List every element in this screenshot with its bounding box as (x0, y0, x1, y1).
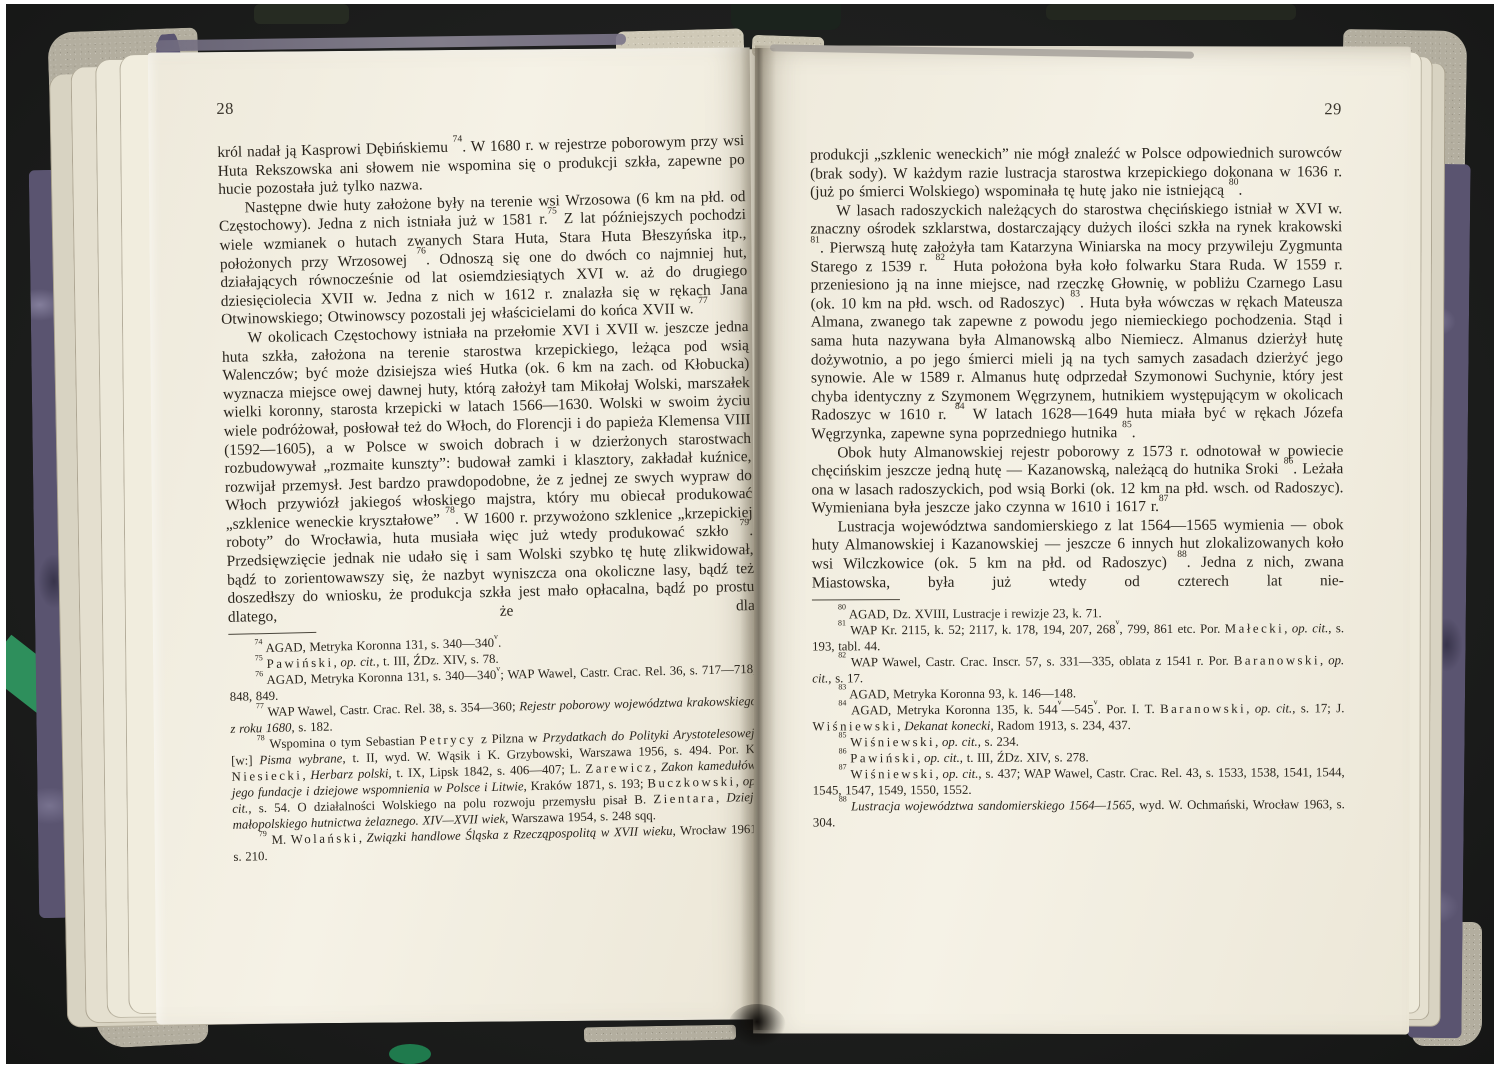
paragraph: Obok huty Almanowskiej rejestr poborowy … (811, 442, 1343, 519)
background-blob (1046, 4, 1296, 20)
paragraph: W okolicach Częstochowy istniała na prze… (221, 318, 755, 627)
gutter-shadow (740, 48, 776, 1030)
footnote: 78 Wspomina o tym Sebastian Petrycy z Pi… (231, 725, 760, 833)
footnote-separator (812, 599, 900, 600)
footnote: 82 WAP Wawel, Castr. Crac. Inscr. 57, s.… (812, 652, 1344, 686)
page-left-content: 28 król nadał ją Kasprowi Dębińskiemu 74… (216, 87, 760, 865)
footnote: 87 Wiśniewski, op. cit., s. 437; WAP Waw… (813, 764, 1345, 798)
page-number: 29 (810, 99, 1342, 121)
page-number: 28 (216, 87, 743, 119)
page-right-content: 29 produkcji „szklenic weneckich” nie mó… (810, 99, 1345, 831)
page-left: 28 król nadał ją Kasprowi Dębińskiemu 74… (148, 47, 758, 1024)
background-blob (731, 4, 841, 30)
paragraph: W lasach radoszyckich należących do star… (810, 200, 1343, 444)
footnote: 81 WAP Kr. 2115, k. 52; 2117, k. 178, 19… (812, 620, 1344, 654)
scanned-book-photo: 28 król nadał ją Kasprowi Dębińskiemu 74… (0, 0, 1500, 1070)
left-page-body-text: król nadał ją Kasprowi Dębińskiemu 74. W… (217, 132, 755, 627)
right-page-body-text: produkcji „szklenic weneckich” nie mógł … (810, 144, 1344, 593)
paragraph: Lustracja województwa sandomierskiego z … (812, 516, 1344, 593)
left-page-footnotes: 74 AGAD, Metryka Koronna 131, s. 340—340… (228, 629, 760, 865)
footnote: 88 Lustracja województwa sandomierskiego… (813, 796, 1345, 830)
bookmark-ribbon-tip (389, 1044, 431, 1064)
scan-background: 28 król nadał ją Kasprowi Dębińskiemu 74… (6, 4, 1494, 1064)
gutter-shadow (728, 1004, 786, 1048)
page-right: 29 produkcji „szklenic weneckich” nie mó… (753, 45, 1411, 1034)
paragraph: Następne dwie huty założone były na tere… (218, 188, 748, 330)
book-cover-edge (584, 1025, 736, 1043)
footnote-separator (228, 632, 316, 635)
background-blob (254, 4, 349, 24)
paragraph: produkcji „szklenic weneckich” nie mógł … (810, 144, 1342, 202)
footnote: 84 AGAD, Metryka Koronna 135, k. 544v—54… (812, 700, 1344, 734)
right-page-footnotes: 80 AGAD, Dz. XVIII, Lustracje i rewizje … (812, 604, 1345, 830)
